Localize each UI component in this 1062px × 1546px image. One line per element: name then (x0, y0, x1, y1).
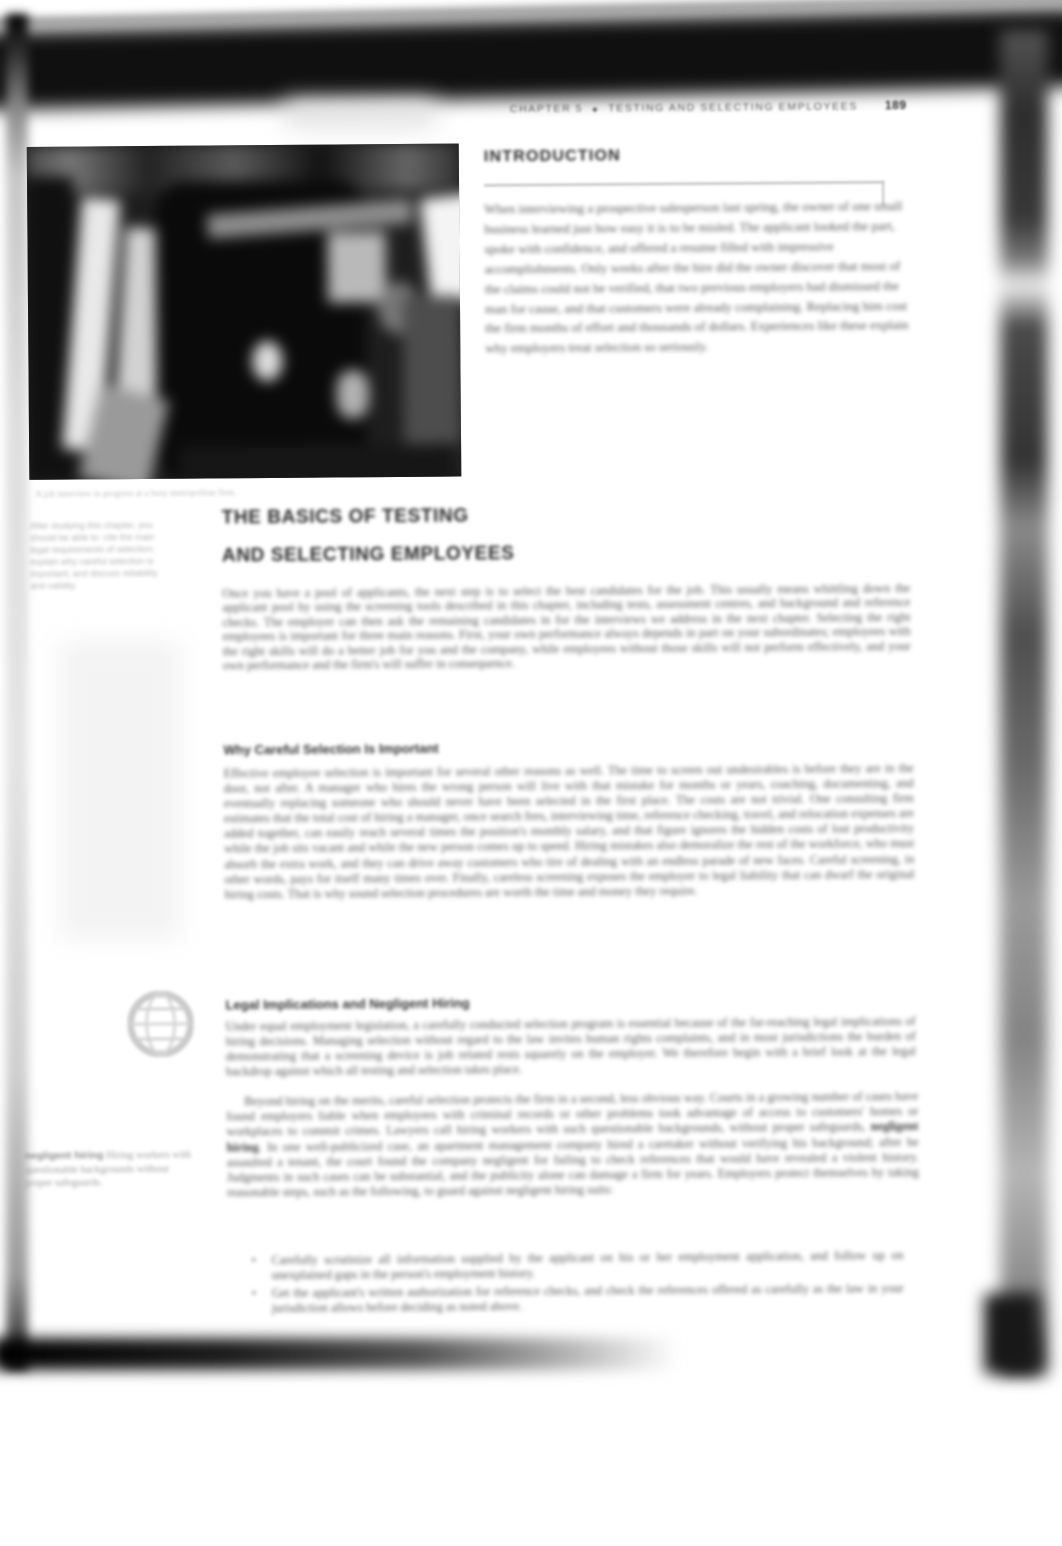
safeguard-bullet-list: • Carefully scrutinize all information s… (251, 1248, 904, 1320)
bullet-icon: • (252, 1286, 272, 1316)
page-number: 189 (885, 98, 907, 112)
section-title-line1: THE BASICS OF TESTING (222, 497, 515, 537)
running-head-separator: ◆ (592, 105, 599, 113)
paragraph-negligent-hiring: Beyond hiring on the merits, careful sel… (226, 1089, 919, 1201)
list-item: • Carefully scrutinize all information s… (251, 1248, 903, 1283)
photo-art (27, 144, 462, 480)
running-head-title: TESTING AND SELECTING EMPLOYEES (608, 100, 858, 114)
margin-key-term: negligent hiring Hiring workers with que… (25, 1149, 197, 1191)
subheading-why-careful-selection: Why Careful Selection Is Important (223, 741, 438, 758)
running-head-chapter: CHAPTER 5 (510, 103, 583, 116)
introduction-heading: INTRODUCTION (484, 147, 621, 166)
paragraph-legal-implications: Under equal employment legislation, a ca… (226, 1014, 916, 1080)
page-content: CHAPTER 5 ◆ TESTING AND SELECTING EMPLOY… (0, 0, 1062, 1404)
photo-caption: A job interview in progress at a busy me… (35, 487, 255, 500)
subheading-legal-implications: Legal Implications and Negligent Hiring (225, 995, 469, 1012)
bullet-text: Get the applicant's written authorizatio… (272, 1282, 904, 1316)
bullet-text: Carefully scrutinize all information sup… (271, 1248, 903, 1282)
negligent-hiring-text-post: . In one well-publicized case, an apartm… (227, 1135, 919, 1200)
section-title-line2: AND SELECTING EMPLOYEES (222, 535, 515, 575)
paragraph-careful-selection: Effective employee selection is importan… (224, 761, 915, 902)
margin-learning-objectives: After studying this chapter, you should … (30, 519, 169, 592)
negligent-hiring-text-pre: Beyond hiring on the merits, careful sel… (226, 1089, 918, 1139)
globe-icon (127, 991, 194, 1058)
section-lead-paragraph: Once you have a pool of applicants, the … (222, 581, 911, 673)
section-title: THE BASICS OF TESTING AND SELECTING EMPL… (222, 497, 515, 574)
intro-rule (484, 181, 884, 186)
bullet-icon: • (251, 1253, 271, 1283)
chapter-opener-photo (27, 144, 462, 480)
key-term-label: negligent hiring (25, 1149, 104, 1162)
introduction-paragraph: When interviewing a prospective salesper… (484, 196, 915, 359)
list-item: • Get the applicant's written authorizat… (252, 1282, 904, 1317)
running-head: CHAPTER 5 ◆ TESTING AND SELECTING EMPLOY… (476, 98, 906, 115)
scanned-book-page: CHAPTER 5 ◆ TESTING AND SELECTING EMPLOY… (0, 0, 1062, 1546)
